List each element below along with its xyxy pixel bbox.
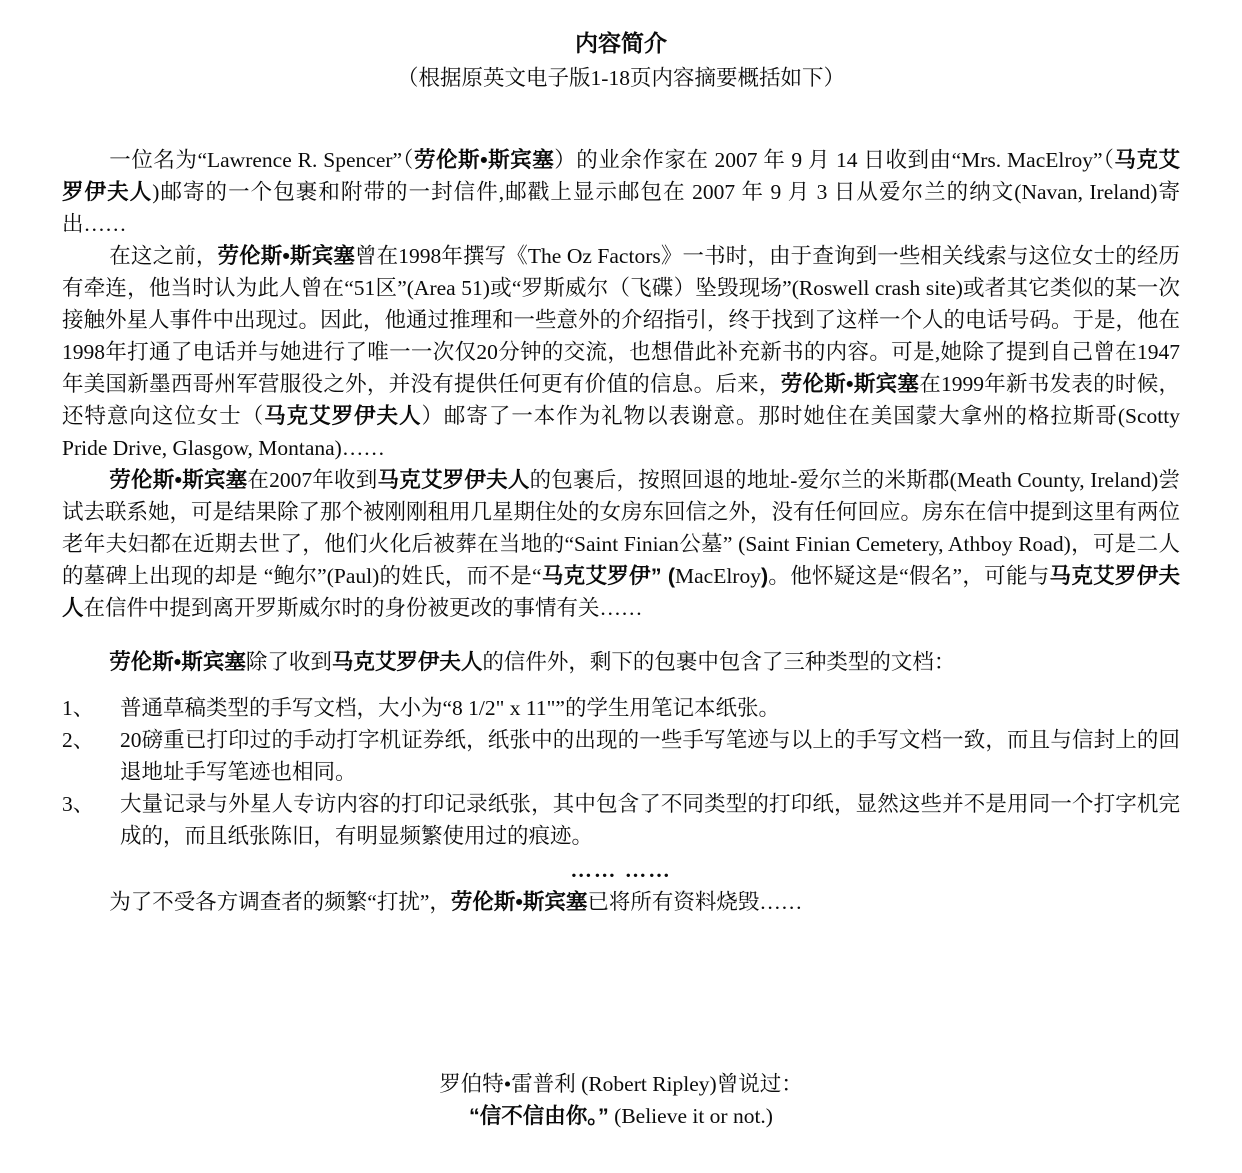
- text-run: 在2007年收到: [247, 468, 377, 492]
- paragraph-package-contents: 劳伦斯•斯宾塞除了收到马克艾罗伊夫人的信件外，剩下的包裹中包含了三种类型的文档：: [62, 646, 1180, 678]
- text-run: 已将所有资料烧毁……: [587, 890, 802, 914]
- text-run: 。他怀疑这是“假名”，可能与: [768, 564, 1049, 588]
- text-run: (Believe it or not.): [609, 1104, 773, 1128]
- footer-quote: 罗伯特•雷普利 (Robert Ripley)曾说过： “信不信由你。” (Be…: [62, 1068, 1180, 1132]
- page-subtitle: （根据原英文电子版1-18页内容摘要概括如下）: [62, 62, 1180, 94]
- quote-text: “信不信由你。” (Believe it or not.): [62, 1100, 1180, 1132]
- list-number: 2、: [62, 724, 120, 788]
- bold-text-run: 马克艾罗伊夫人: [378, 468, 530, 492]
- page-title: 内容简介: [62, 26, 1180, 60]
- list-number: 3、: [62, 788, 120, 852]
- paragraph-ireland-search: 劳伦斯•斯宾塞在2007年收到马克艾罗伊夫人的包裹后，按照回退的地址-爱尔兰的米…: [62, 464, 1180, 624]
- list-item: 2、 20磅重已打印过的手动打字机证券纸，纸张中的出现的一些手写笔迹与以上的手写…: [62, 724, 1180, 788]
- list-item: 1、 普通草稿类型的手写文档，大小为“8 1/2" x 11"”的学生用笔记本纸…: [62, 692, 1180, 724]
- text-run: ）的业余作家在 2007 年 9 月 14 日收到由“Mrs. MacElroy…: [554, 148, 1114, 172]
- text-run: 的信件外，剩下的包裹中包含了三种类型的文档：: [482, 650, 955, 674]
- ellipsis-separator: …… ……: [62, 854, 1180, 886]
- text-run: 除了收到: [246, 650, 332, 674]
- bold-text-run: 劳伦斯•斯宾塞: [781, 372, 919, 396]
- bold-text-run: 劳伦斯•斯宾塞: [109, 468, 247, 492]
- bold-text-run: “信不信由你。”: [469, 1104, 609, 1128]
- bold-text-run: 马克艾罗伊” (: [542, 564, 675, 588]
- text-run: 在这之前，: [109, 244, 217, 268]
- bold-text-run: 劳伦斯•斯宾塞: [217, 244, 354, 268]
- paragraph-oz-factors: 在这之前，劳伦斯•斯宾塞曾在1998年撰写《The Oz Factors》一书时…: [62, 240, 1180, 464]
- bold-text-run: 劳伦斯•斯宾塞: [451, 890, 588, 914]
- document-page: 内容简介 （根据原英文电子版1-18页内容摘要概括如下） 一位名为“Lawren…: [0, 0, 1242, 1132]
- list-item: 3、 大量记录与外星人专访内容的打印记录纸张，其中包含了不同类型的打印纸，显然这…: [62, 788, 1180, 852]
- bold-text-run: 马克艾罗伊夫人: [264, 404, 421, 428]
- list-item-text: 大量记录与外星人专访内容的打印记录纸张，其中包含了不同类型的打印纸，显然这些并不…: [120, 788, 1180, 852]
- list-number: 1、: [62, 692, 120, 724]
- list-item-text: 普通草稿类型的手写文档，大小为“8 1/2" x 11"”的学生用笔记本纸张。: [120, 692, 1180, 724]
- list-item-text: 20磅重已打印过的手动打字机证券纸，纸张中的出现的一些手写笔迹与以上的手写文档一…: [120, 724, 1180, 788]
- text-run: 在信件中提到离开罗斯威尔时的身份被更改的事情有关……: [84, 596, 643, 620]
- bold-text-run: 马克艾罗伊夫人: [332, 650, 483, 674]
- document-types-list: 1、 普通草稿类型的手写文档，大小为“8 1/2" x 11"”的学生用笔记本纸…: [62, 692, 1180, 852]
- bold-text-run: 劳伦斯•斯宾塞: [414, 148, 554, 172]
- text-run: )邮寄的一个包裹和附带的一封信件,邮戳上显示邮包在 2007 年 9 月 3 日…: [62, 180, 1180, 236]
- text-run: 为了不受各方调查者的频繁“打扰”，: [109, 890, 451, 914]
- bold-text-run: 劳伦斯•斯宾塞: [109, 650, 246, 674]
- paragraph-intro: 一位名为“Lawrence R. Spencer”（劳伦斯•斯宾塞）的业余作家在…: [62, 144, 1180, 240]
- burn-line: 为了不受各方调查者的频繁“打扰”，劳伦斯•斯宾塞已将所有资料烧毁……: [62, 886, 1180, 918]
- text-run: 一位名为“Lawrence R. Spencer”（: [109, 148, 414, 172]
- quote-attribution: 罗伯特•雷普利 (Robert Ripley)曾说过：: [62, 1068, 1180, 1100]
- text-run: MacElroy: [675, 564, 761, 588]
